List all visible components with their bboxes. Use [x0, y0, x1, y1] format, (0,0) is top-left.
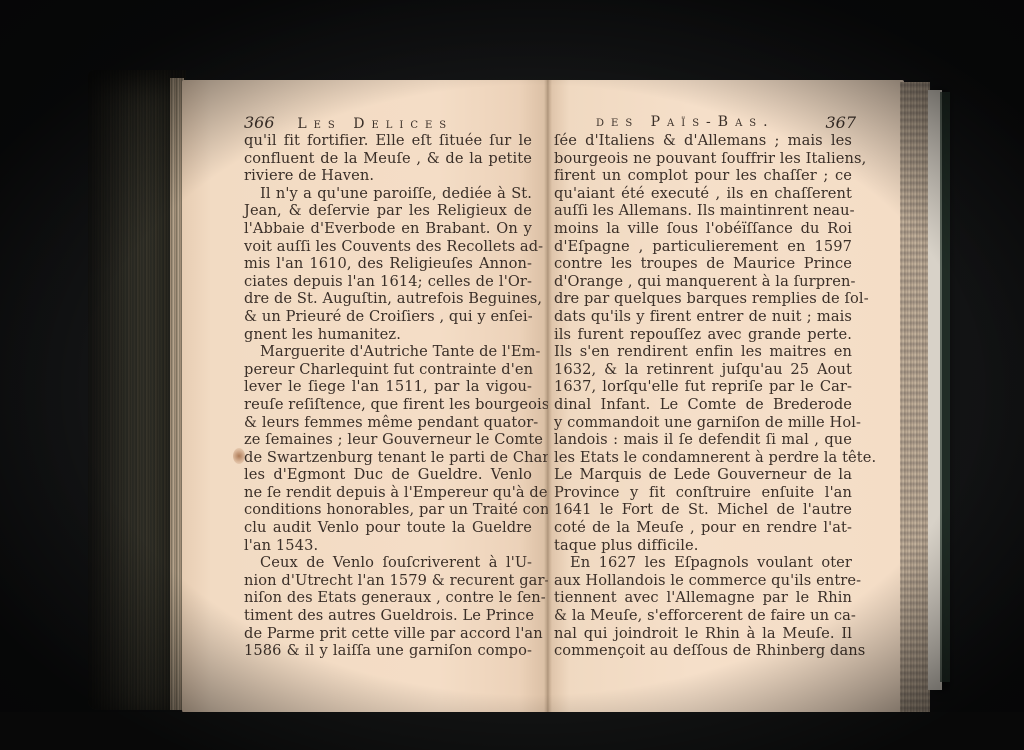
text-line: de Swartzenburg tenant le parti de Char-: [244, 449, 532, 467]
text-line: niſon des Etats generaux , contre le ſen…: [244, 589, 532, 607]
left-running-title: Les Delices: [297, 116, 453, 132]
text-line: Marguerite d'Autriche Tante de l'Em-: [244, 343, 532, 361]
text-line: ſée d'Italiens & d'Allemans ; mais les: [554, 132, 852, 150]
text-line: landois : mais il ſe defendit ſi mal , q…: [554, 431, 852, 449]
text-line: 1641 le Fort de St. Michel de l'autre: [554, 501, 852, 519]
text-line: qu'il fit fortifier. Elle eſt ſituée ſur…: [244, 132, 532, 150]
text-line: nal qui joindroit le Rhin à la Meuſe. Il: [554, 625, 852, 643]
right-page-stack: [900, 82, 930, 712]
text-line: qu'aiant été executé , ils en chaſſerent: [554, 185, 852, 203]
text-line: dinal Infant. Le Comte de Brederode: [554, 396, 852, 414]
text-line: 1637, lorſqu'elle fut repriſe par le Car…: [554, 378, 852, 396]
text-line: Il n'y a qu'une paroiſſe, dediée à St.: [244, 185, 532, 203]
text-line: mis l'an 1610, des Religieuſes Annon-: [244, 255, 532, 273]
text-line: taque plus difficile.: [554, 537, 852, 555]
text-line: de Parme prit cette ville par accord l'a…: [244, 625, 532, 643]
text-line: auſſi les Allemans. Ils maintinrent neau…: [554, 202, 852, 220]
text-line: firent un complot pour les chaſſer ; ce: [554, 167, 852, 185]
text-line: nion d'Utrecht l'an 1579 & recurent gar-: [244, 572, 532, 590]
text-line: l'Abbaie d'Everbode en Brabant. On y: [244, 220, 532, 238]
text-line: d'Eſpagne , particulierement en 1597: [554, 238, 852, 256]
text-line: & leurs femmes même pendant quator-: [244, 414, 532, 432]
text-line: bourgeois ne pouvant ſouffrir les Italie…: [554, 150, 852, 168]
text-line: Ceux de Venlo ſouſcriverent à l'U-: [244, 554, 532, 572]
text-line: conditions honorables, par un Traité con…: [244, 501, 532, 519]
text-line: 1632, & la retinrent juſqu'au 25 Aout: [554, 361, 852, 379]
text-line: & un Prieuré de Croiſiers , qui y enſei-: [244, 308, 532, 326]
text-line: d'Orange , qui manquerent à la ſurpren-: [554, 273, 852, 291]
text-line: gnent les humanitez.: [244, 326, 532, 344]
text-line: ciates depuis l'an 1614; celles de l'Or-: [244, 273, 532, 291]
text-line: dre par quelques barques remplies de ſol…: [554, 290, 852, 308]
text-line: contre les troupes de Maurice Prince: [554, 255, 852, 273]
right-page-lines: ſée d'Italiens & d'Allemans ; mais lesbo…: [554, 132, 852, 660]
text-line: & la Meuſe, s'efforcerent de faire un ca…: [554, 607, 852, 625]
text-line: En 1627 les Eſpagnols voulant oter: [554, 554, 852, 572]
text-line: Jean, & deſervie par les Religieux de: [244, 202, 532, 220]
text-line: dats qu'ils y firent entrer de nuit ; ma…: [554, 308, 852, 326]
text-line: moins la ville ſous l'obéïſſance du Roi: [554, 220, 852, 238]
text-line: pereur Charlequint fut contrainte d'en: [244, 361, 532, 379]
left-page-number: 366: [244, 113, 275, 132]
left-page-lines: qu'il fit fortifier. Elle eſt ſituée ſur…: [244, 132, 532, 660]
text-line: aux Hollandois le commerce qu'ils entre-: [554, 572, 852, 590]
left-page: 366 Les Delices qu'il fit fortifier. Ell…: [182, 80, 548, 714]
text-line: coté de la Meuſe , pour en rendre l'at-: [554, 519, 852, 537]
book-photo-scene: 366 Les Delices qu'il fit fortifier. Ell…: [0, 0, 1024, 750]
bottom-shadow: [0, 712, 1024, 750]
right-page: des Païs-Bas. 367 ſée d'Italiens & d'All…: [548, 80, 904, 714]
foxing-stain: [233, 448, 245, 464]
text-line: Le Marquis de Lede Gouverneur de la: [554, 466, 852, 484]
text-line: les Etats le condamnerent à perdre la tê…: [554, 449, 852, 467]
text-line: lever le ſiege l'an 1511, par la vigou-: [244, 378, 532, 396]
text-line: ze ſemaines ; leur Gouverneur le Comte: [244, 431, 532, 449]
text-line: confluent de la Meuſe , & de la petite: [244, 150, 532, 168]
text-line: l'an 1543.: [244, 537, 532, 555]
text-line: y commandoit une garniſon de mille Hol-: [554, 414, 852, 432]
text-line: riviere de Haven.: [244, 167, 532, 185]
right-running-title: des Païs-Bas.: [596, 114, 775, 130]
right-page-number: 367: [825, 113, 856, 132]
text-line: timent des autres Gueldrois. Le Prince: [244, 607, 532, 625]
book-gutter: [544, 80, 552, 714]
text-line: tiennent avec l'Allemagne par le Rhin: [554, 589, 852, 607]
right-cover-edge: [940, 92, 950, 682]
text-line: 1586 & il y laiſſa une garniſon compo-: [244, 642, 532, 660]
text-line: ne ſe rendit depuis à l'Empereur qu'à de…: [244, 484, 532, 502]
text-line: dre de St. Auguſtin, autrefois Beguines,: [244, 290, 532, 308]
text-line: voit auſſi les Couvents des Recollets ad…: [244, 238, 532, 256]
right-running-head: des Païs-Bas. 367: [596, 113, 856, 131]
text-line: Province y fit conſtruire enſuite l'an: [554, 484, 852, 502]
text-line: commençoit au deſſous de Rhinberg dans: [554, 642, 852, 660]
text-line: ils furent repouſſez avec grande perte.: [554, 326, 852, 344]
text-line: clu audit Venlo pour toute la Gueldre: [244, 519, 532, 537]
text-line: reuſe reſiſtence, que firent les bourgeo…: [244, 396, 532, 414]
text-line: Ils s'en rendirent enfin les maitres en: [554, 343, 852, 361]
left-running-head: 366 Les Delices: [244, 113, 544, 131]
text-line: les d'Egmont Duc de Gueldre. Venlo: [244, 466, 532, 484]
